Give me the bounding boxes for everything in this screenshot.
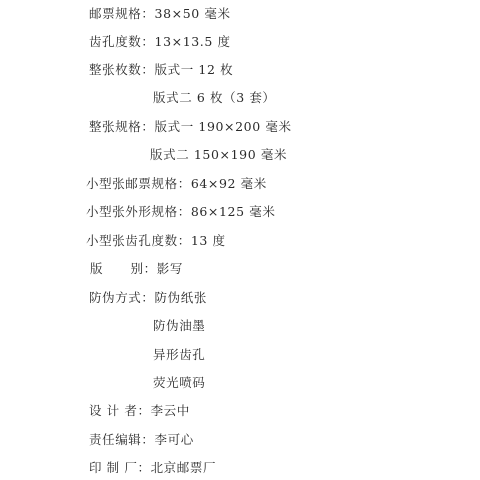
spec-label: 小型张外形规格：	[86, 204, 191, 219]
spec-value: 38×50 毫米	[155, 6, 231, 21]
spec-label: 责任编辑：	[89, 432, 155, 447]
spec-value: 13 度	[191, 233, 226, 248]
spec-value: 北京邮票厂	[151, 460, 217, 475]
spec-value: 影写	[157, 261, 183, 276]
spec-value: 版式一 190×200 毫米	[155, 119, 292, 134]
spec-sheet-count-cont: 版式二 6 枚（3 套）	[153, 90, 276, 106]
spec-label: 防伪方式：	[89, 290, 155, 305]
spec-stamp-size: 邮票规格：38×50 毫米	[89, 6, 231, 22]
spec-value: 防伪纸张	[155, 290, 207, 305]
spec-editor: 责任编辑：李可心	[89, 432, 194, 448]
spec-label: 齿孔度数：	[89, 34, 155, 49]
spec-sheet-size-cont: 版式二 150×190 毫米	[150, 147, 287, 163]
spec-souvenir-sheet-size: 小型张外形规格：86×125 毫米	[86, 204, 275, 220]
spec-souvenir-perforation: 小型张齿孔度数：13 度	[86, 233, 226, 249]
spec-value: 异形齿孔	[153, 347, 205, 362]
spec-label: 设 计 者：	[89, 403, 151, 418]
spec-printing-method: 版 别：影写	[90, 261, 183, 277]
spec-label: 版 别：	[90, 261, 157, 276]
spec-label: 印 制 厂：	[89, 460, 151, 475]
spec-label: 整张枚数：	[89, 62, 155, 77]
spec-value: 64×92 毫米	[191, 176, 267, 191]
spec-anti-counterfeit-cont-1: 防伪油墨	[153, 318, 205, 334]
spec-label: 邮票规格：	[89, 6, 155, 21]
spec-perforation: 齿孔度数：13×13.5 度	[89, 34, 231, 50]
spec-designer: 设 计 者：李云中	[89, 403, 190, 419]
spec-value: 防伪油墨	[153, 318, 205, 333]
spec-anti-counterfeit: 防伪方式：防伪纸张	[89, 290, 207, 306]
spec-value: 李云中	[151, 403, 190, 418]
spec-label: 小型张齿孔度数：	[86, 233, 191, 248]
spec-sheet-size: 整张规格：版式一 190×200 毫米	[89, 119, 292, 135]
spec-anti-counterfeit-cont-2: 异形齿孔	[153, 347, 205, 363]
spec-value: 荧光喷码	[153, 375, 205, 390]
spec-value: 版式一 12 枚	[155, 62, 234, 77]
spec-value: 版式二 6 枚（3 套）	[153, 90, 276, 105]
spec-sheet-count: 整张枚数：版式一 12 枚	[89, 62, 233, 78]
spec-souvenir-stamp-size: 小型张邮票规格：64×92 毫米	[86, 176, 267, 192]
spec-value: 86×125 毫米	[191, 204, 276, 219]
spec-anti-counterfeit-cont-3: 荧光喷码	[153, 375, 205, 391]
spec-label: 小型张邮票规格：	[86, 176, 191, 191]
spec-printer: 印 制 厂：北京邮票厂	[89, 460, 216, 476]
spec-value: 13×13.5 度	[155, 34, 231, 49]
spec-value: 李可心	[155, 432, 194, 447]
spec-label: 整张规格：	[89, 119, 155, 134]
spec-value: 版式二 150×190 毫米	[150, 147, 287, 162]
